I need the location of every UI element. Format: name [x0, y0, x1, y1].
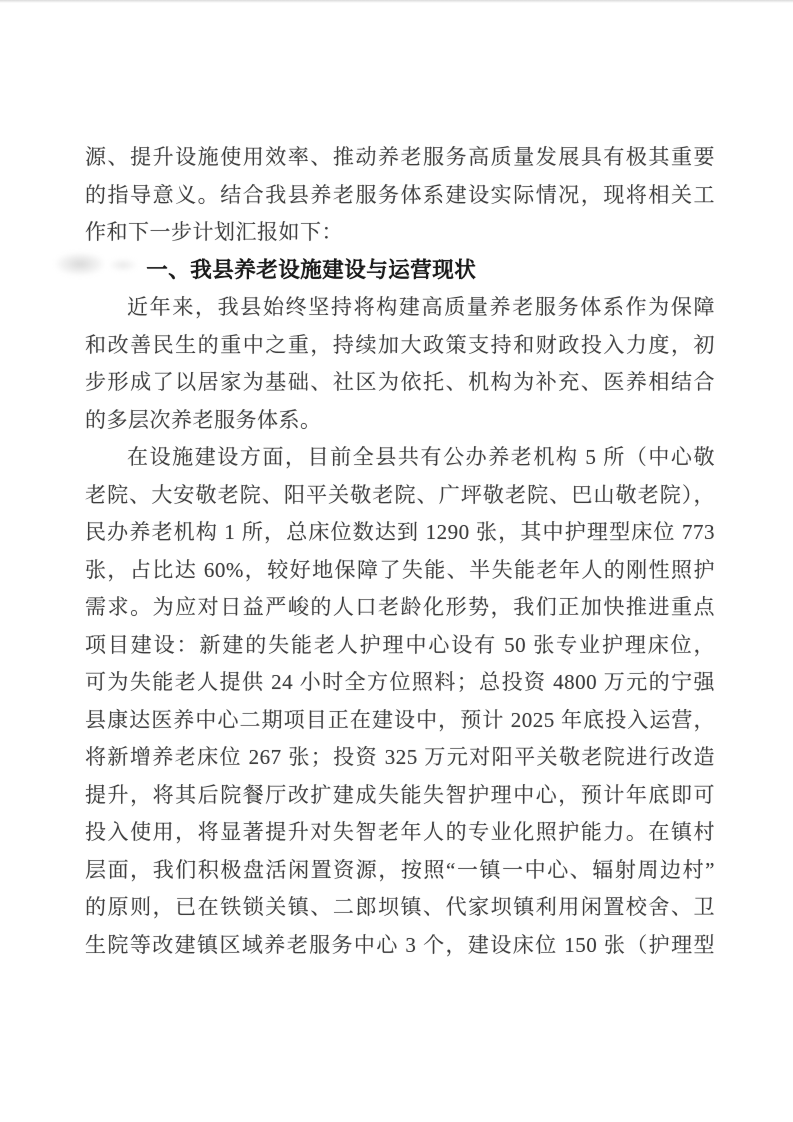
section-heading: 一、我县养老设施建设与运营现状	[85, 252, 715, 290]
text-line: 投入使用，将显著提升对失智老年人的专业化照护能力。在镇村	[85, 814, 715, 852]
text-line: 县康达医养中心二期项目正在建设中，预计 2025 年底投入运营，	[85, 702, 715, 740]
document-body: 源、提升设施使用效率、推动养老服务高质量发展具有极其重要的指导意义。结合我县养老…	[85, 139, 715, 964]
text-line: 将新增养老床位 267 张；投资 325 万元对阳平关敬老院进行改造	[85, 739, 715, 777]
text-line: 民办养老机构 1 所，总床位数达到 1290 张，其中护理型床位 773	[85, 514, 715, 552]
text-line: 生院等改建镇区域养老服务中心 3 个，建设床位 150 张（护理型	[85, 927, 715, 965]
text-line: 的原则，已在铁锁关镇、二郎坝镇、代家坝镇利用闲置校舍、卫	[85, 889, 715, 927]
text-line: 步形成了以居家为基础、社区为依托、机构为补充、医养相结合	[85, 364, 715, 402]
text-line: 老院、大安敬老院、阳平关敬老院、广坪敬老院、巴山敬老院），	[85, 477, 715, 515]
text-line: 提升，将其后院餐厅改扩建成失能失智护理中心，预计年底即可	[85, 777, 715, 815]
text-line: 在设施建设方面，目前全县共有公办养老机构 5 所（中心敬	[85, 439, 715, 477]
text-line: 张，占比达 60%，较好地保障了失能、半失能老年人的刚性照护	[85, 552, 715, 590]
text-line: 作和下一步计划汇报如下：	[85, 214, 715, 252]
text-line: 近年来，我县始终坚持将构建高质量养老服务体系作为保障	[85, 289, 715, 327]
text-line: 项目建设：新建的失能老人护理中心设有 50 张专业护理床位，	[85, 627, 715, 665]
text-line: 的多层次养老服务体系。	[85, 402, 715, 440]
text-line: 层面，我们积极盘活闲置资源，按照“一镇一中心、辐射周边村”	[85, 852, 715, 890]
text-line: 需求。为应对日益严峻的人口老龄化形势，我们正加快推进重点	[85, 589, 715, 627]
text-line: 的指导意义。结合我县养老服务体系建设实际情况，现将相关工	[85, 177, 715, 215]
text-line: 可为失能老人提供 24 小时全方位照料；总投资 4800 万元的宁强	[85, 664, 715, 702]
text-line: 源、提升设施使用效率、推动养老服务高质量发展具有极其重要	[85, 139, 715, 177]
scanned-document-page: 源、提升设施使用效率、推动养老服务高质量发展具有极其重要的指导意义。结合我县养老…	[0, 0, 793, 1122]
text-line: 和改善民生的重中之重，持续加大政策支持和财政投入力度，初	[85, 327, 715, 365]
scan-edge-artifact	[0, 0, 793, 3]
